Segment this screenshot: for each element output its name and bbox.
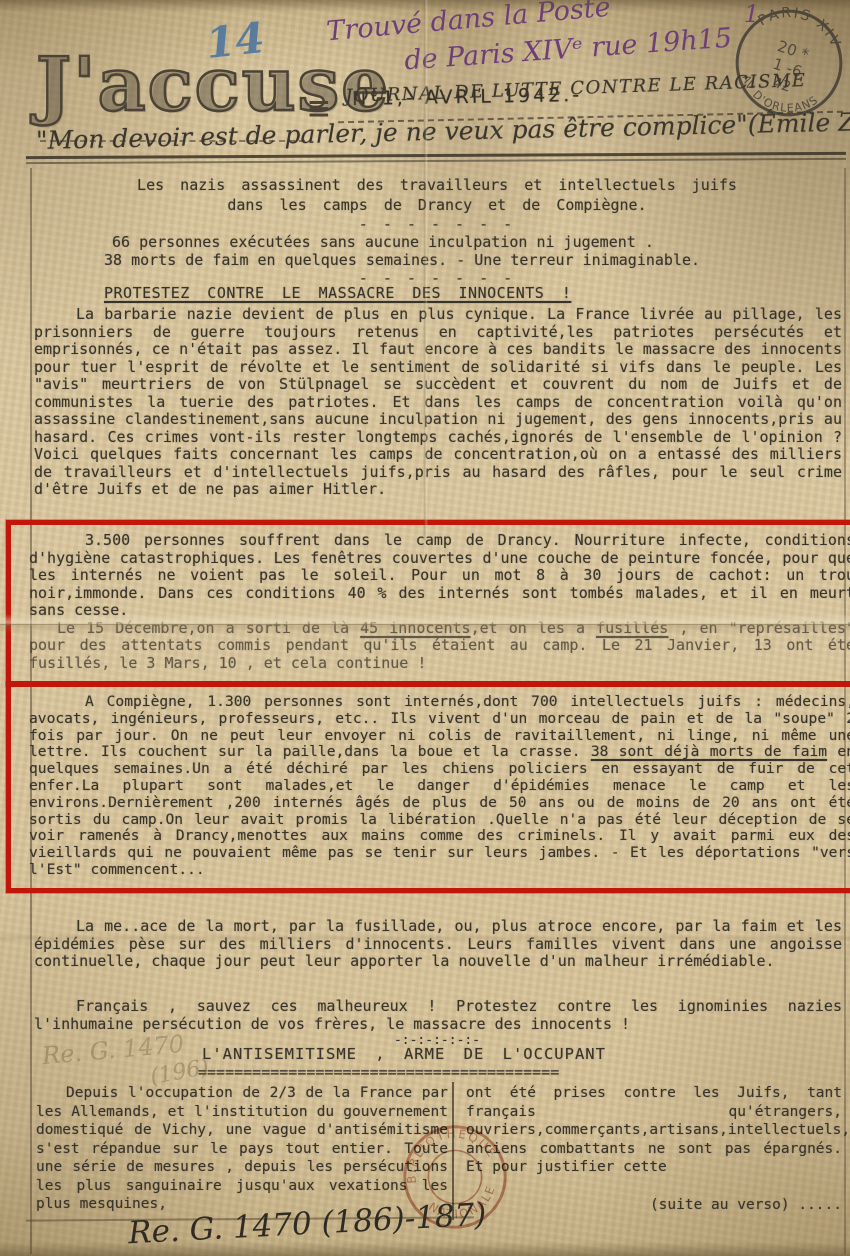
drancy-execution-lines: Le 15 Décembre,on a sorti de là 45 innoc… bbox=[29, 620, 850, 673]
exec-text-mid: ,et on les a bbox=[471, 619, 597, 637]
masthead-double-rule bbox=[26, 152, 846, 164]
column-right: ont été prises contre les Juifs, tant fr… bbox=[466, 1084, 842, 1177]
lead-stat-2: 38 morts de faim en quelques semaines. -… bbox=[104, 252, 824, 270]
closing-paragraph-1: La me..ace de la mort, par la fusillade,… bbox=[34, 918, 842, 971]
rule-bottom bbox=[26, 158, 846, 164]
exec-text-underline-2: fusillés bbox=[596, 619, 668, 637]
exec-text-underline-1: 45 innocents bbox=[360, 619, 470, 637]
highlight-box-drancy: 3.500 personnes souffrent dans le camp d… bbox=[6, 520, 850, 686]
closing-paragraph-2: Français , sauvez ces malheureux ! Prote… bbox=[34, 998, 842, 1033]
compiegne-paragraph: A Compiègne, 1.300 personnes sont intern… bbox=[29, 694, 850, 879]
body-paragraph-1: La barbarie nazie devient de plus en plu… bbox=[34, 306, 842, 499]
section-heading-rule: ======================================== bbox=[198, 1064, 559, 1082]
protest-heading: PROTESTEZ CONTRE LE MASSACRE DES INNOCEN… bbox=[104, 285, 571, 303]
document-page: 14 Trouvé dans la Poste de Paris XIVᵉ ru… bbox=[0, 0, 850, 1256]
exec-text-pre: Le 15 Décembre,on a sorti de là bbox=[57, 619, 360, 637]
lead-heading-line1: Les nazis assassinent des travailleurs e… bbox=[34, 177, 840, 195]
separator-dashes-1: - - - - - - - bbox=[34, 216, 840, 234]
newspaper-title: J'accuse bbox=[36, 48, 390, 122]
lead-heading-line2: dans les camps de Drancy et de Compiègne… bbox=[34, 197, 840, 215]
section-heading-antisemitisme: L'ANTISEMITISME , ARME DE L'OCCUPANT bbox=[202, 1046, 606, 1064]
drancy-paragraph: 3.500 personnes souffrent dans le camp d… bbox=[29, 532, 850, 620]
compiegne-text-post: en quelques semaines.Un a été déchiré pa… bbox=[29, 743, 850, 878]
lead-stat-1: 66 personnes exécutées sans aucune incul… bbox=[112, 234, 832, 252]
highlight-box-compiegne: A Compiègne, 1.300 personnes sont intern… bbox=[6, 682, 850, 893]
compiegne-text-underline: 38 sont déjà morts de faim bbox=[591, 743, 827, 760]
